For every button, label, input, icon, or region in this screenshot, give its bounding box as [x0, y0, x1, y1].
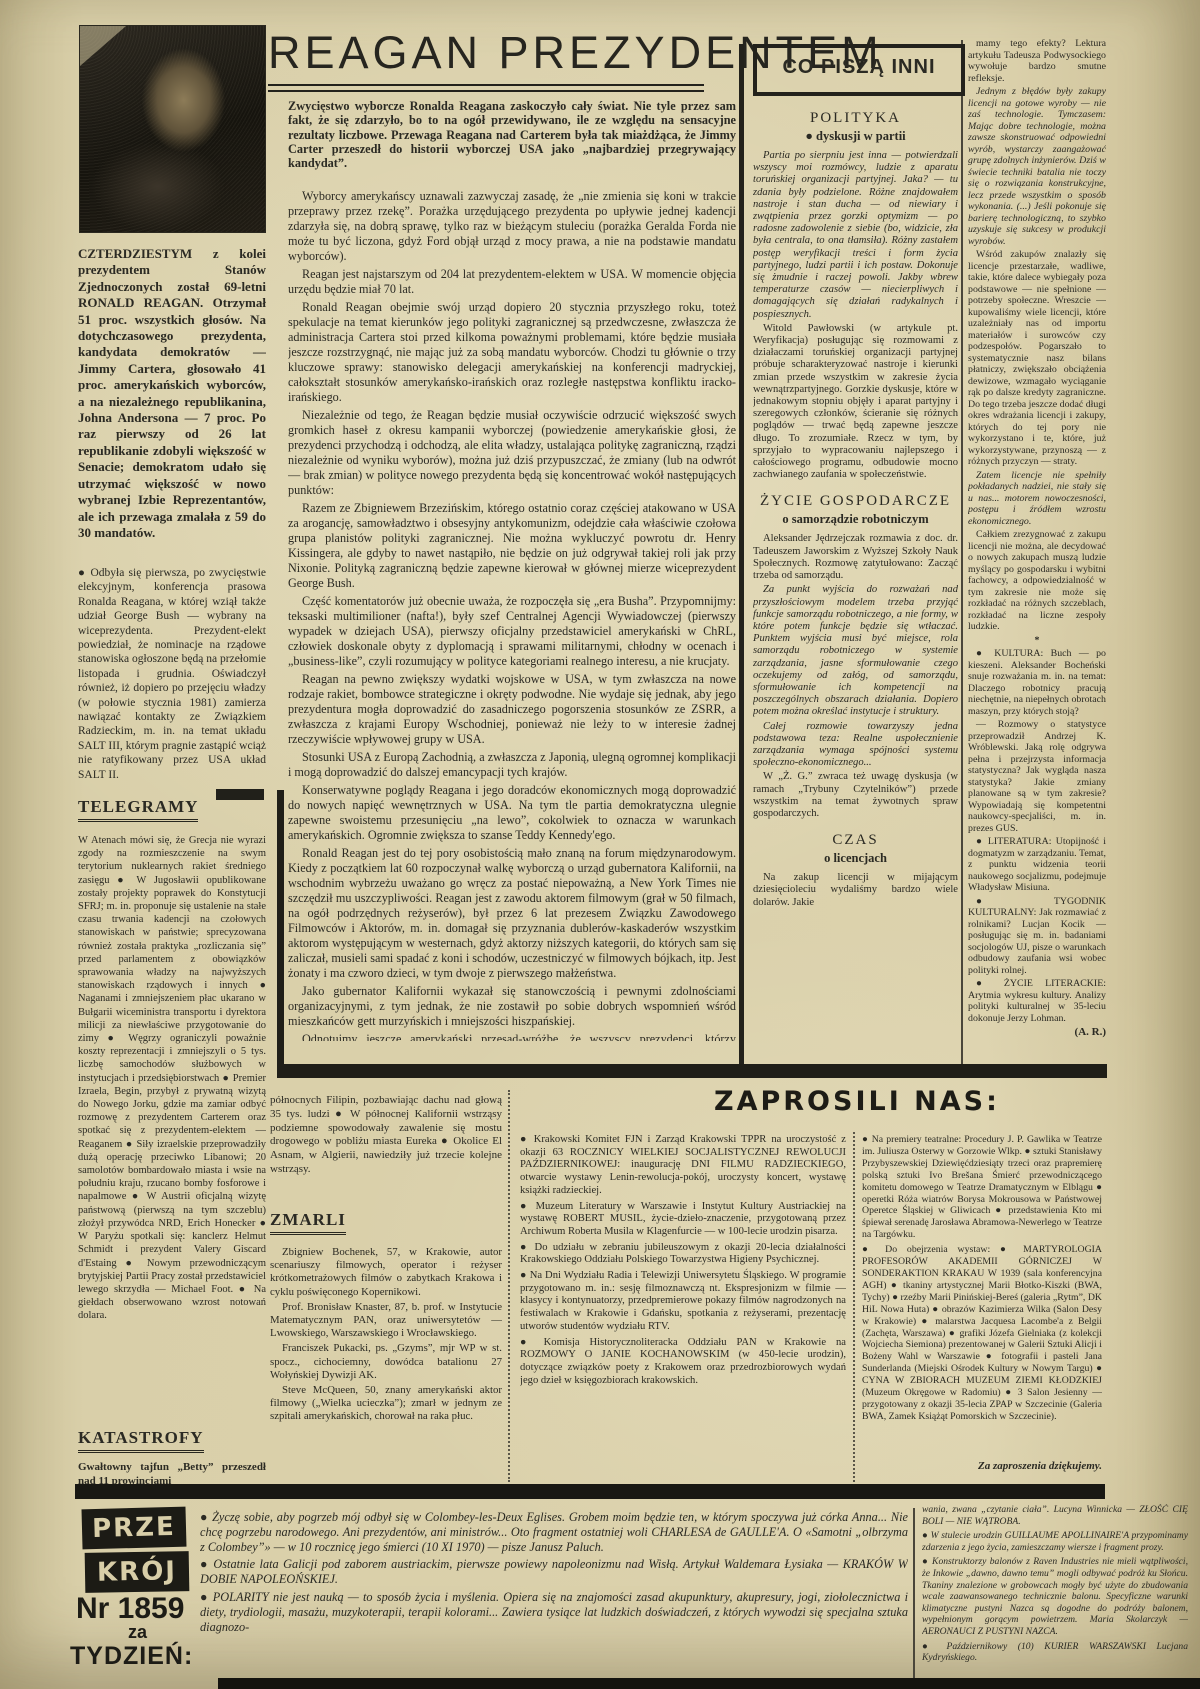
issue-za-label: za: [128, 1622, 178, 1643]
article-frame-left-rule: [277, 790, 284, 1078]
katastrofy-heading: KATASTROFY: [78, 1428, 204, 1453]
paragraph: Jednym z błędów były zakupy licencji na …: [968, 86, 1106, 247]
article-paragraph: Część komentatorów już obecnie uważa, że…: [288, 594, 736, 669]
invitation-entry: ● Do udziału w zebraniu jubileuszowym z …: [520, 1242, 846, 1267]
scan-edge-artifact: [218, 1678, 1200, 1689]
paragraph: Zatem licencje nie spełniły pokładanych …: [968, 470, 1106, 528]
paragraph: ● KULTURA: Buch — po kieszeni. Aleksande…: [968, 648, 1106, 717]
section-subheading: o licencjach: [753, 851, 958, 866]
summary-entry: ● Październikowy (10) KURIER WARSZAWSKI …: [922, 1641, 1188, 1664]
article-paragraph: Jako gubernator Kalifornii wykazał się s…: [288, 984, 736, 1029]
bottom-column-divider: [913, 1508, 915, 1682]
paragraph: ● LITERATURA: Utopijność i dogmatyzm w z…: [968, 836, 1106, 894]
section-polityka: POLITYKA ● dyskusji w partii Partia po s…: [753, 110, 958, 481]
column-paragraphs: mamy tego efekty? Lektura artykułu Tadeu…: [968, 38, 1106, 1024]
paragraph: mamy tego efekty? Lektura artykułu Tadeu…: [968, 38, 1106, 84]
invitation-entry: ● Muzeum Literatury w Warszawie i Instyt…: [520, 1201, 846, 1239]
article-paragraph: Niezależnie od tego, że Reagan będzie mu…: [288, 408, 736, 498]
summary-entry: wania, zwana „czytanie ciała”. Lucyna Wi…: [922, 1504, 1188, 1527]
section-paragraphs: Aleksander Jędrzejczak rozmawia z doc. d…: [753, 533, 958, 820]
issue-number: Nr 1859: [76, 1592, 216, 1626]
summary-entry: ● Ostatnie lata Galicji pod zaborem aust…: [200, 1557, 908, 1587]
paragraph: — Rozmowy o statystyce przeprowadził And…: [968, 719, 1106, 834]
article-paragraph: Reagan jest najstarszym od 204 lat prezy…: [288, 267, 736, 297]
article-lead: Zwycięstwo wyborcze Ronalda Reagana zask…: [288, 99, 736, 185]
week-summary-column-b: wania, zwana „czytanie ciała”. Lucyna Wi…: [922, 1504, 1188, 1686]
co-pisza-inni-column: POLITYKA ● dyskusji w partii Partia po s…: [753, 98, 958, 1062]
przekroj-logo-top: PRZE: [81, 1507, 186, 1550]
article-paragraph: Odnotujmy jeszcze amerykański przesąd-wr…: [288, 1032, 736, 1041]
article-body: Wyborcy amerykańscy uznawali zazwyczaj z…: [288, 189, 736, 1041]
section-heading: ŻYCIE GOSPODARCZE: [753, 493, 958, 510]
heavy-divider-band: [75, 1484, 1105, 1499]
section-bottom-rule: [277, 1064, 1107, 1078]
invitation-entry: ● Na Dni Wydziału Radia i Telewizji Uniw…: [520, 1270, 846, 1334]
article-paragraph: Ronald Reagan jest do tej pory osobistoś…: [288, 846, 736, 981]
zmarli-list: Zbigniew Bochenek, 57, w Krakowie, autor…: [270, 1246, 502, 1480]
paragraph: Całkiem zrezygnować z zakupu licencji ni…: [968, 529, 1106, 633]
obituary-entry: Franciszek Pukacki, ps. „Gzyms”, mjr WP …: [270, 1342, 502, 1382]
summary-entry: ● Konstruktorzy balonów z Raven Industri…: [922, 1556, 1188, 1637]
invitation-entry: ● Do obejrzenia wystaw: ● MARTYROLOGIA P…: [862, 1244, 1102, 1423]
author-initials: (A. R.): [968, 1026, 1106, 1038]
article-paragraph: Wyborcy amerykańscy uznawali zazwyczaj z…: [288, 189, 736, 264]
zmarli-heading: ZMARLI: [270, 1210, 346, 1235]
obituary-entry: Steve McQueen, 50, znany amerykański akt…: [270, 1384, 502, 1424]
paragraph: Witold Pawłowski (w artykule pt. Weryfik…: [753, 323, 958, 482]
invitation-entry: ● Na premiery teatralne: Procedury J. P.…: [862, 1134, 1102, 1241]
section-subheading: ● dyskusji w partii: [753, 129, 958, 144]
zaprosili-nas-heading: ZAPROSILI NAS:: [714, 1086, 1024, 1126]
section-heading: CZAS: [753, 832, 958, 849]
section-subheading: o samorządzie robotniczym: [753, 512, 958, 527]
paragraph: Za punkt wyjścia do rozważań nad przyszł…: [753, 584, 958, 718]
dotted-column-rule: [853, 1132, 855, 1482]
paragraph: Partia po sierpniu jest inna — potwierdz…: [753, 150, 958, 321]
press-review-continuation-column: mamy tego efekty? Lektura artykułu Tadeu…: [968, 38, 1106, 1054]
heading-rule-bar: [216, 789, 264, 800]
main-headline: REAGAN PREZYDENTEM: [268, 26, 738, 82]
column-divider-thin-rule: [961, 40, 963, 1064]
co-pisza-inni-box: CO PISZĄ INNI: [753, 44, 965, 96]
photo-caption: CZTERDZIESTYM z kolei prezydentem Stanów…: [78, 246, 266, 562]
article-paragraph: Stosunki USA z Europą Zachodnią, a zwłas…: [288, 750, 736, 780]
invitation-entry: ● Komisja Historycznoliteracka Oddziału …: [520, 1337, 846, 1388]
paragraph: Całej rozmowie towarzyszy jedna podstawo…: [753, 721, 958, 770]
paragraph: ● ŻYCIE LITERACKIE: Arytmia wykresu kult…: [968, 978, 1106, 1024]
section-heading: POLITYKA: [753, 110, 958, 127]
paragraph: Aleksander Jędrzejczak rozmawia z doc. d…: [753, 533, 958, 582]
obituary-entry: Zbigniew Bochenek, 57, w Krakowie, autor…: [270, 1246, 502, 1299]
article-paragraph: Reagan na pewno zwiększy wydatki wojskow…: [288, 672, 736, 747]
article-paragraph: Razem ze Zbigniewem Brzezińskim, którego…: [288, 501, 736, 591]
dotted-column-rule: [508, 1090, 510, 1482]
paragraph: Wśród zakupów znalazły się licencje prze…: [968, 249, 1106, 468]
paragraph: W „Ż. G.” zwraca też uwagę dyskusja (w r…: [753, 771, 958, 820]
telegramy-text: W Atenach mówi się, że Grecja nie wyrazi…: [78, 834, 266, 1422]
katastrofy-continuation: północnych Filipin, pozbawiając dachu na…: [270, 1094, 502, 1202]
paragraph: Na zakup licencji w mijającym dziesięcio…: [753, 872, 958, 909]
headline-double-rule: [268, 84, 704, 92]
paragraph: *: [968, 635, 1106, 647]
article-paragraph: Konserwatywne poglądy Reagana i jego dor…: [288, 783, 736, 843]
zaprosili-column-2: ● Na premiery teatralne: Procedury J. P.…: [862, 1134, 1102, 1458]
section-czas: CZAS o licencjach Na zakup licencji w mi…: [753, 832, 958, 909]
zaprosili-column-1: ● Krakowski Komitet FJN i Zarząd Krakows…: [520, 1134, 846, 1482]
invitation-entry: ● Krakowski Komitet FJN i Zarząd Krakows…: [520, 1134, 846, 1198]
article-paragraph: Ronald Reagan obejmie swój urząd dopiero…: [288, 300, 736, 405]
przekroj-logo-bottom: KRÓJ: [85, 1551, 190, 1593]
column-divider-rule: [739, 44, 744, 1064]
paragraph: ● TYGODNIK KULTURALNY: Jak rozmawiać z r…: [968, 896, 1106, 977]
summary-entry: ● Życzę sobie, aby pogrzeb mój odbył się…: [200, 1510, 908, 1554]
section-zycie-gospodarcze: ŻYCIE GOSPODARCZE o samorządzie robotnic…: [753, 493, 958, 820]
section-paragraphs: Na zakup licencji w mijającym dziesięcio…: [753, 872, 958, 909]
telegramy-heading: TELEGRAMY: [78, 797, 198, 822]
summary-entry: ● POLARITY nie jest nauką — to sposób ży…: [200, 1590, 908, 1634]
newspaper-page: CZTERDZIESTYM z kolei prezydentem Stanów…: [0, 0, 1200, 1689]
thanks-note: Za zaproszenia dziękujemy.: [930, 1460, 1102, 1472]
reagan-photo: [80, 26, 265, 232]
section-paragraphs: Partia po sierpniu jest inna — potwierdz…: [753, 150, 958, 481]
obituary-entry: Prof. Bronisław Knaster, 87, b. prof. w …: [270, 1301, 502, 1341]
summary-entry: ● W stulecie urodzin GUILLAUME APOLLINAI…: [922, 1530, 1188, 1553]
week-summary-column-a: ● Życzę sobie, aby pogrzeb mój odbył się…: [200, 1510, 908, 1682]
news-bulletin: ● Odbyła się pierwsza, po zwycięstwie el…: [78, 566, 266, 796]
